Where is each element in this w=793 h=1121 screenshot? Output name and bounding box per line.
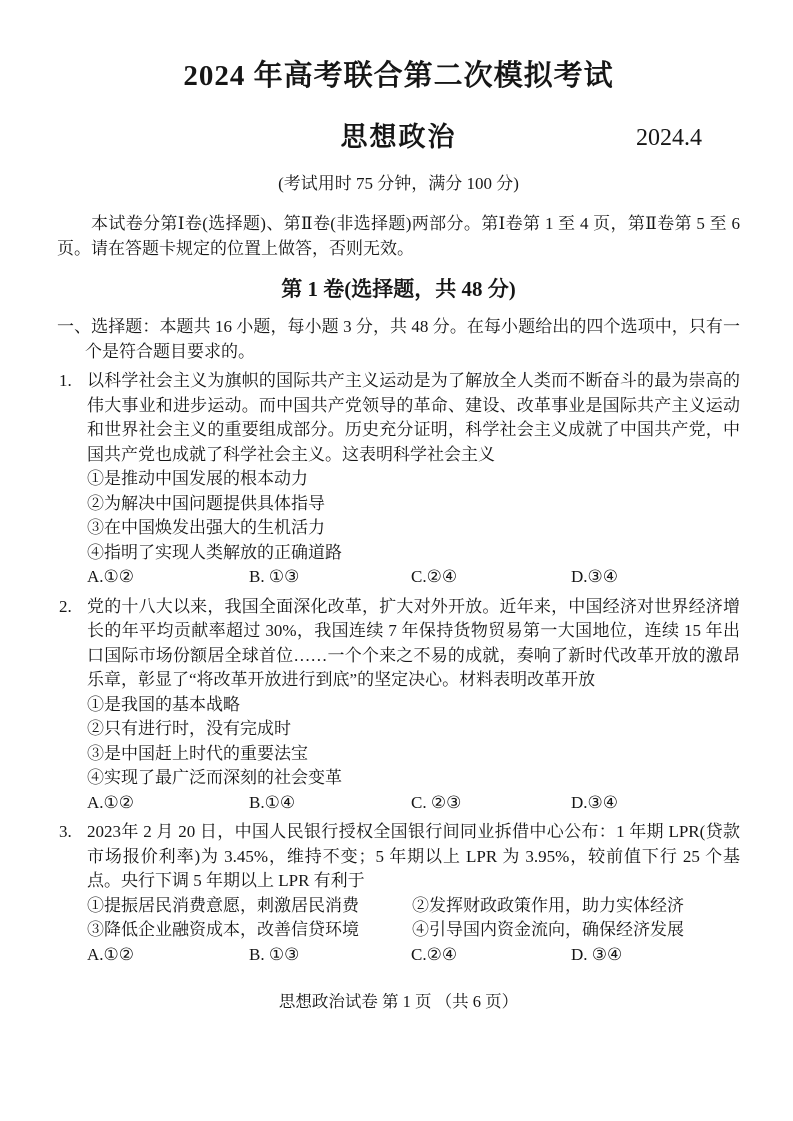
choice-option-b: B. ①③ (249, 943, 411, 968)
question-2-choices: A.①② B.①④ C. ②③ D.③④ (87, 791, 740, 816)
choice-option-a: A.①② (87, 791, 249, 816)
question-item: ③是中国赶上时代的重要法宝 (87, 742, 740, 767)
question-3-stem: 2023年 2 月 20 日，中国人民银行授权全国银行间同业拆借中心公布：1 年… (87, 820, 740, 894)
choice-option-b: B.①④ (249, 791, 411, 816)
choice-option-a: A.①② (87, 943, 249, 968)
question-item: ③降低企业融资成本，改善信贷环境 (87, 918, 412, 943)
exam-subject-row: 思想政治 2024.4 (57, 122, 740, 152)
question-2-stem: 党的十八大以来，我国全面深化改革，扩大对外开放。近年来，中国经济对世界经济增长的… (87, 595, 740, 693)
exam-instructions: 本试卷分第Ⅰ卷(选择题)、第Ⅱ卷(非选择题)两部分。第Ⅰ卷第 1 至 4 页，第… (57, 212, 740, 261)
question-item: ④指明了实现人类解放的正确道路 (87, 541, 740, 566)
page-footer: 思想政治试卷 第 1 页 （共 6 页） (57, 991, 740, 1013)
exam-date: 2024.4 (636, 123, 702, 153)
question-1-number: 1. (59, 369, 72, 394)
section-1-heading: 第 1 卷(选择题，共 48 分) (57, 276, 740, 302)
question-2-items: ①是我国的基本战略 ②只有进行时，没有完成时 ③是中国赶上时代的重要法宝 ④实现… (87, 693, 740, 791)
question-2-number: 2. (59, 595, 72, 620)
exam-paper-page: 2024 年高考联合第二次模拟考试 思想政治 2024.4 (考试用时 75 分… (0, 0, 793, 1121)
question-3-number: 3. (59, 820, 72, 845)
question-item: ④引导国内资金流向，确保经济发展 (412, 918, 740, 943)
choice-option-c: C. ②③ (411, 791, 571, 816)
exam-subject: 思想政治 (341, 122, 457, 152)
question-1-choices: A.①② B. ①③ C.②④ D.③④ (87, 565, 740, 590)
choice-option-d: D.③④ (571, 565, 740, 590)
question-item: ②发挥财政政策作用，助力实体经济 (412, 894, 740, 919)
choice-option-c: C.②④ (411, 943, 571, 968)
question-1: 1. 以科学社会主义为旗帜的国际共产主义运动是为了解放全人类而不断奋斗的最为崇高… (57, 369, 740, 590)
choice-option-c: C.②④ (411, 565, 571, 590)
question-3-choices: A.①② B. ①③ C.②④ D. ③④ (87, 943, 740, 968)
question-1-stem: 以科学社会主义为旗帜的国际共产主义运动是为了解放全人类而不断奋斗的最为崇高的伟大… (87, 369, 740, 467)
question-item: ①提振居民消费意愿，刺激居民消费 (87, 894, 412, 919)
exam-title: 2024 年高考联合第二次模拟考试 (57, 60, 740, 92)
question-item: ①是我国的基本战略 (87, 693, 740, 718)
choice-option-d: D. ③④ (571, 943, 740, 968)
question-item: ①是推动中国发展的根本动力 (87, 467, 740, 492)
question-item: ②为解决中国问题提供具体指导 (87, 492, 740, 517)
question-1-items: ①是推动中国发展的根本动力 ②为解决中国问题提供具体指导 ③在中国焕发出强大的生… (87, 467, 740, 565)
multiple-choice-directions: 一、选择题：本题共 16 小题，每小题 3 分，共 48 分。在每小题给出的四个… (57, 315, 740, 364)
choice-option-a: A.①② (87, 565, 249, 590)
question-item: ④实现了最广泛而深刻的社会变革 (87, 766, 740, 791)
question-3-items: ①提振居民消费意愿，刺激居民消费 ②发挥财政政策作用，助力实体经济 ③降低企业融… (87, 894, 740, 943)
question-item: ②只有进行时，没有完成时 (87, 717, 740, 742)
question-item: ③在中国焕发出强大的生机活力 (87, 516, 740, 541)
exam-duration-note: (考试用时 75 分钟，满分 100 分) (57, 172, 740, 196)
choice-option-d: D.③④ (571, 791, 740, 816)
question-3: 3. 2023年 2 月 20 日，中国人民银行授权全国银行间同业拆借中心公布：… (57, 820, 740, 967)
question-2: 2. 党的十八大以来，我国全面深化改革，扩大对外开放。近年来，中国经济对世界经济… (57, 595, 740, 816)
choice-option-b: B. ①③ (249, 565, 411, 590)
